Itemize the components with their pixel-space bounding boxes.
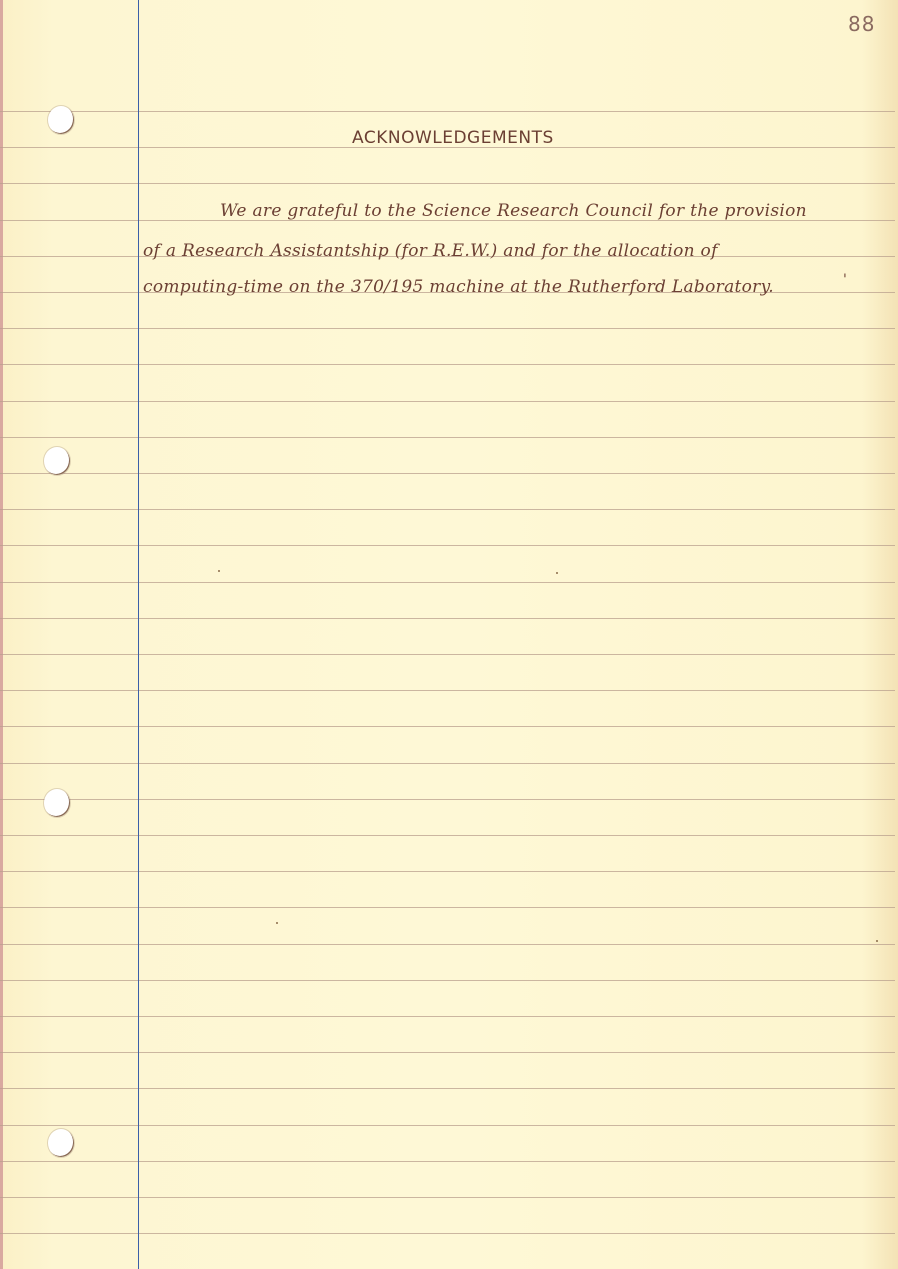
rule-line [0, 111, 895, 112]
page-title: ACKNOWLEDGEMENTS [352, 128, 554, 148]
notebook-page: 88 ACKNOWLEDGEMENTS We are grateful to t… [0, 0, 898, 1269]
stray-mark: ' [843, 272, 847, 288]
rule-line [0, 328, 895, 329]
rule-line [0, 907, 895, 908]
rule-line [0, 545, 895, 546]
rule-line [0, 437, 895, 438]
rule-line [0, 401, 895, 402]
rule-line [0, 1197, 895, 1198]
punch-hole [44, 789, 70, 817]
page-edge [0, 0, 3, 1269]
rule-line [0, 1016, 895, 1017]
margin-line [138, 0, 139, 1269]
paper-speck [876, 940, 878, 942]
rule-line [0, 980, 895, 981]
paragraph-line: of a Research Assistantship (for R.E.W.)… [143, 241, 718, 261]
rule-line [0, 473, 895, 474]
rule-line [0, 183, 895, 184]
rule-line [0, 582, 895, 583]
page-number: 88 [848, 12, 875, 36]
rule-line [0, 654, 895, 655]
rule-line [0, 944, 895, 945]
paper-speck [276, 922, 278, 924]
paper-speck [556, 572, 558, 574]
rule-line [0, 1233, 895, 1234]
rule-line [0, 871, 895, 872]
rule-line [0, 690, 895, 691]
paragraph-line: computing-time on the 370/195 machine at… [143, 277, 774, 297]
paragraph-line: We are grateful to the Science Research … [220, 201, 807, 221]
rule-line [0, 1161, 895, 1162]
punch-hole [48, 106, 74, 134]
rule-line [0, 509, 895, 510]
rule-line [0, 1125, 895, 1126]
punch-hole [44, 447, 70, 475]
rule-line [0, 1052, 895, 1053]
rule-line [0, 799, 895, 800]
rule-line [0, 618, 895, 619]
rule-line [0, 1088, 895, 1089]
rule-line [0, 763, 895, 764]
paper-speck [218, 570, 220, 572]
rule-line [0, 364, 895, 365]
rule-line [0, 835, 895, 836]
punch-hole [48, 1129, 74, 1157]
rule-line [0, 726, 895, 727]
